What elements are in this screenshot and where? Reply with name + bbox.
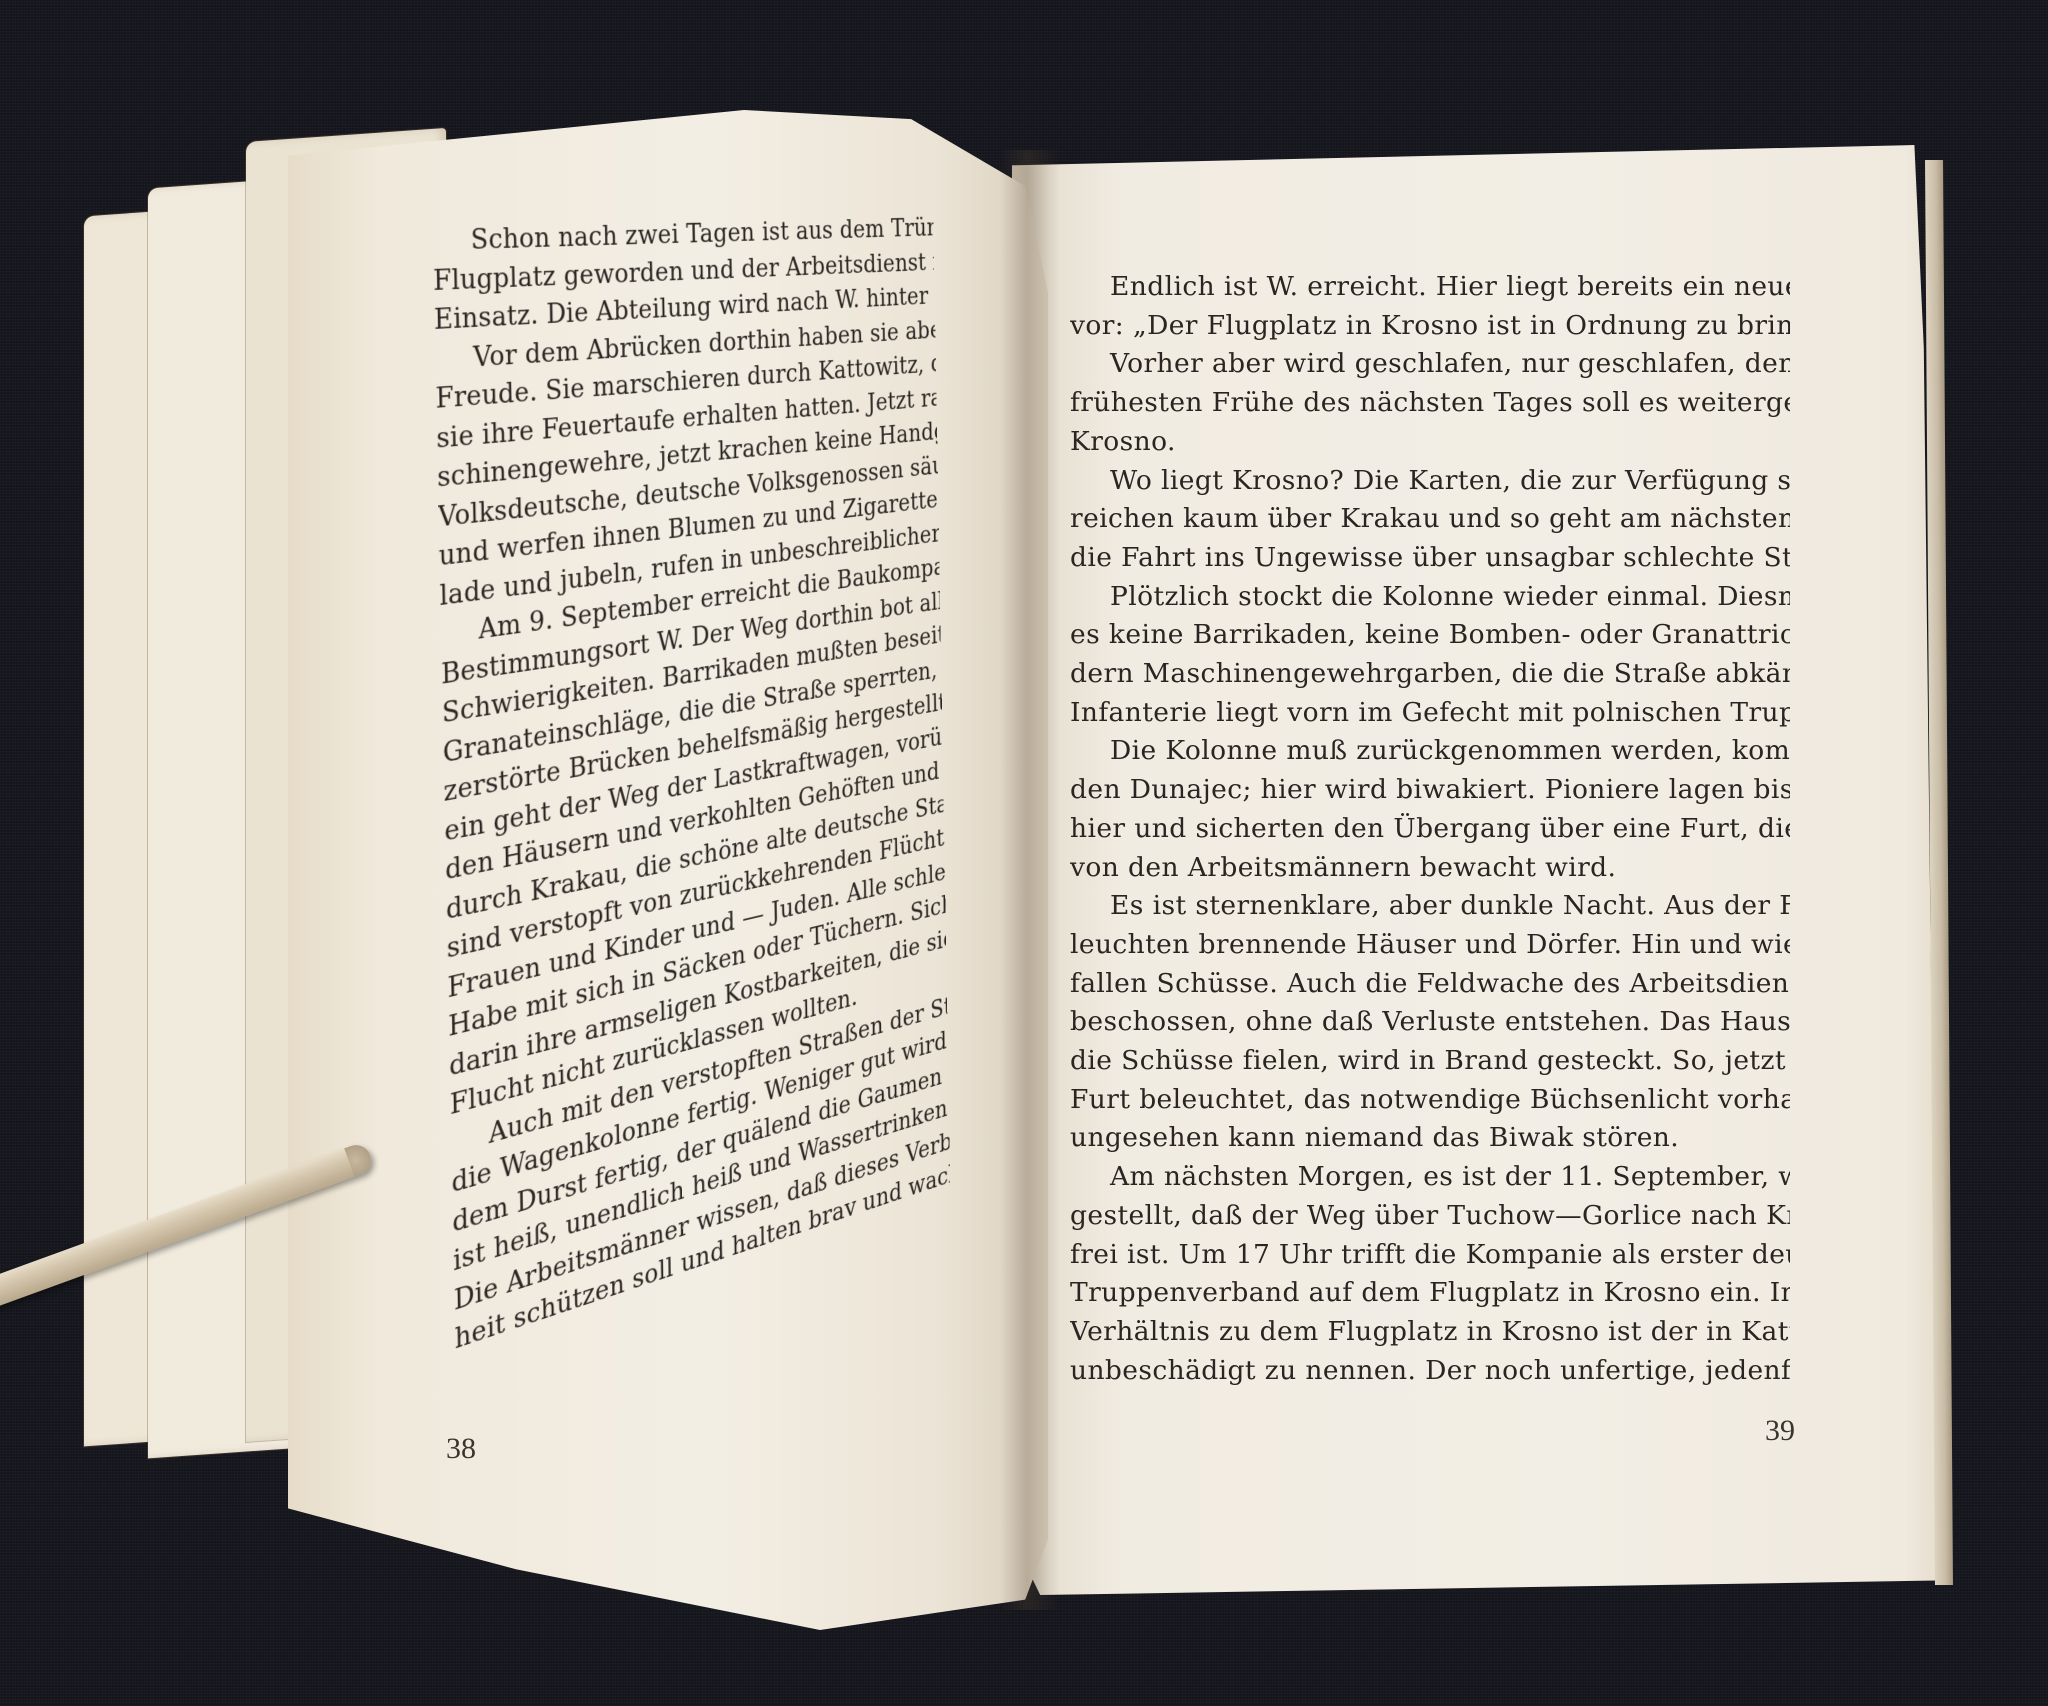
text-line: hier und sicherten den Übergang über ein… — [1070, 810, 1790, 849]
page-number-right: 39 — [1765, 1414, 1795, 1448]
text-line: unbeschädigt zu nennen. Der noch unferti… — [1070, 1352, 1790, 1391]
text-line: Endlich ist W. erreicht. Hier liegt bere… — [1070, 268, 1790, 307]
text-line: frei ist. Um 17 Uhr trifft die Kompanie … — [1070, 1236, 1790, 1275]
text-line: Die Kolonne muß zurückgenommen werden, k… — [1070, 732, 1790, 771]
text-line: leuchten brennende Häuser und Dörfer. Hi… — [1070, 926, 1790, 965]
text-line: Furt beleuchtet, das notwendige Büchsenl… — [1070, 1081, 1790, 1120]
text-line: ungesehen kann niemand das Biwak stören. — [1070, 1119, 1790, 1158]
text-line: Truppenverband auf dem Flugplatz in Kros… — [1070, 1274, 1790, 1313]
text-line: Verhältnis zu dem Flugplatz in Krosno is… — [1070, 1313, 1790, 1352]
text-line: Krosno. — [1070, 423, 1790, 462]
text-line: frühesten Frühe des nächsten Tages soll … — [1070, 384, 1790, 423]
book-gutter — [1000, 150, 1060, 1610]
right-page-text: Endlich ist W. erreicht. Hier liegt bere… — [1070, 268, 1790, 1390]
text-line: vor: „Der Flugplatz in Krosno ist in Ord… — [1070, 307, 1790, 346]
text-line: fallen Schüsse. Auch die Feldwache des A… — [1070, 965, 1790, 1004]
text-line: Am nächsten Morgen, es ist der 11. Septe… — [1070, 1158, 1790, 1197]
text-line: die Fahrt ins Ungewisse über unsagbar sc… — [1070, 539, 1790, 578]
text-line: Vorher aber wird geschlafen, nur geschla… — [1070, 345, 1790, 384]
text-line: den Dunajec; hier wird biwakiert. Pionie… — [1070, 771, 1790, 810]
left-page-text: Schon nach zwei Tagen ist aus dem Trümme… — [432, 211, 950, 1360]
photo-scene: Schon nach zwei Tagen ist aus dem Trümme… — [0, 0, 2048, 1706]
text-line: dern Maschinengewehrgarben, die die Stra… — [1070, 655, 1790, 694]
page-number-left: 38 — [446, 1432, 476, 1466]
text-line: es keine Barrikaden, keine Bomben- oder … — [1070, 616, 1790, 655]
text-line: Wo liegt Krosno? Die Karten, die zur Ver… — [1070, 462, 1790, 501]
text-line: reichen kaum über Krakau und so geht am … — [1070, 500, 1790, 539]
text-line: Plötzlich stockt die Kolonne wieder einm… — [1070, 578, 1790, 617]
text-line: beschossen, ohne daß Verluste entstehen.… — [1070, 1003, 1790, 1042]
text-line: Es ist sternenklare, aber dunkle Nacht. … — [1070, 887, 1790, 926]
text-line: gestellt, daß der Weg über Tuchow—Gorlic… — [1070, 1197, 1790, 1236]
text-line: von den Arbeitsmännern bewacht wird. — [1070, 849, 1790, 888]
text-line: die Schüsse fielen, wird in Brand gestec… — [1070, 1042, 1790, 1081]
text-line: Infanterie liegt vorn im Gefecht mit pol… — [1070, 694, 1790, 733]
